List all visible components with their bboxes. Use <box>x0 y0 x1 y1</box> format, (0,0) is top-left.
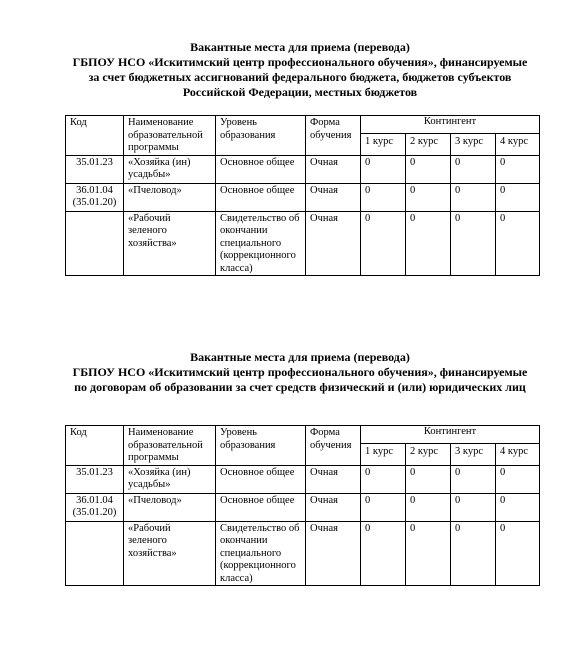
header-course-2: 2 курс <box>406 134 451 155</box>
cell-level: Основное общее <box>216 465 306 493</box>
cell-code: 35.01.23 <box>66 465 124 493</box>
cell-course-1: 0 <box>361 155 406 183</box>
cell-course-3: 0 <box>451 183 496 211</box>
table-row: 35.01.23 «Хозяйка (ин) усадьбы» Основное… <box>66 155 540 183</box>
cell-course-3: 0 <box>451 493 496 521</box>
header-course-3: 3 курс <box>451 444 496 465</box>
cell-course-4: 0 <box>496 211 540 276</box>
heading-line: ГБПОУ НСО «Искитимский центр профессиона… <box>60 55 540 70</box>
cell-course-2: 0 <box>406 155 451 183</box>
header-course-1: 1 курс <box>361 134 406 155</box>
header-level: Уровень образования <box>216 426 306 466</box>
cell-level: Основное общее <box>216 493 306 521</box>
cell-course-1: 0 <box>361 493 406 521</box>
cell-program: «Рабочий зеленого хозяйства» <box>124 211 216 276</box>
heading-line: Вакантные места для приема (перевода) <box>60 40 540 55</box>
cell-course-2: 0 <box>406 521 451 586</box>
cell-course-2: 0 <box>406 183 451 211</box>
cell-course-2: 0 <box>406 493 451 521</box>
cell-course-2: 0 <box>406 211 451 276</box>
cell-form: Очная <box>306 183 361 211</box>
cell-course-1: 0 <box>361 211 406 276</box>
header-form: Форма обучения <box>306 116 361 156</box>
heading-line: по договорам об образовании за счет сред… <box>60 380 540 395</box>
cell-course-1: 0 <box>361 521 406 586</box>
cell-program: «Хозяйка (ин) усадьбы» <box>124 465 216 493</box>
heading-line: Российской Федерации, местных бюджетов <box>60 85 540 100</box>
section-1-heading: Вакантные места для приема (перевода) ГБ… <box>60 40 540 100</box>
cell-code <box>66 211 124 276</box>
cell-course-4: 0 <box>496 183 540 211</box>
cell-course-4: 0 <box>496 465 540 493</box>
cell-level: Основное общее <box>216 183 306 211</box>
header-contingent: Контингент <box>361 426 540 444</box>
cell-course-3: 0 <box>451 465 496 493</box>
cell-form: Очная <box>306 465 361 493</box>
cell-form: Очная <box>306 493 361 521</box>
cell-program: «Пчеловод» <box>124 183 216 211</box>
cell-course-3: 0 <box>451 155 496 183</box>
header-course-4: 4 курс <box>496 444 540 465</box>
header-code: Код <box>66 426 124 466</box>
cell-course-4: 0 <box>496 521 540 586</box>
vacancies-table-budget: Код Наименование образовательной програм… <box>65 115 540 276</box>
cell-course-1: 0 <box>361 183 406 211</box>
section-2-heading: Вакантные места для приема (перевода) ГБ… <box>60 350 540 395</box>
table-row: 36.01.04 (35.01.20) «Пчеловод» Основное … <box>66 183 540 211</box>
table-row: 35.01.23 «Хозяйка (ин) усадьбы» Основное… <box>66 465 540 493</box>
cell-code <box>66 521 124 586</box>
cell-form: Очная <box>306 211 361 276</box>
cell-program: «Рабочий зеленого хозяйства» <box>124 521 216 586</box>
header-course-4: 4 курс <box>496 134 540 155</box>
header-form: Форма обучения <box>306 426 361 466</box>
cell-code: 36.01.04 (35.01.20) <box>66 493 124 521</box>
cell-course-1: 0 <box>361 465 406 493</box>
header-level: Уровень образования <box>216 116 306 156</box>
cell-level: Свидетельство об окончании специального … <box>216 211 306 276</box>
cell-course-2: 0 <box>406 465 451 493</box>
cell-level: Основное общее <box>216 155 306 183</box>
heading-line: Вакантные места для приема (перевода) <box>60 350 540 365</box>
table-row: «Рабочий зеленого хозяйства» Свидетельст… <box>66 521 540 586</box>
cell-course-3: 0 <box>451 211 496 276</box>
cell-course-4: 0 <box>496 155 540 183</box>
heading-line: ГБПОУ НСО «Искитимский центр профессиона… <box>60 365 540 380</box>
header-course-3: 3 курс <box>451 134 496 155</box>
vacancies-table-contract: Код Наименование образовательной програм… <box>65 425 540 586</box>
table-row: 36.01.04 (35.01.20) «Пчеловод» Основное … <box>66 493 540 521</box>
table-row: «Рабочий зеленого хозяйства» Свидетельст… <box>66 211 540 276</box>
cell-code: 35.01.23 <box>66 155 124 183</box>
header-program: Наименование образовательной программы <box>124 116 216 156</box>
header-program: Наименование образовательной программы <box>124 426 216 466</box>
cell-code: 36.01.04 (35.01.20) <box>66 183 124 211</box>
cell-program: «Пчеловод» <box>124 493 216 521</box>
header-code: Код <box>66 116 124 156</box>
header-contingent: Контингент <box>361 116 540 134</box>
cell-level: Свидетельство об окончании специального … <box>216 521 306 586</box>
cell-form: Очная <box>306 521 361 586</box>
header-course-1: 1 курс <box>361 444 406 465</box>
cell-course-4: 0 <box>496 493 540 521</box>
cell-form: Очная <box>306 155 361 183</box>
cell-program: «Хозяйка (ин) усадьбы» <box>124 155 216 183</box>
heading-line: за счет бюджетных ассигнований федеральн… <box>60 70 540 85</box>
cell-course-3: 0 <box>451 521 496 586</box>
header-course-2: 2 курс <box>406 444 451 465</box>
